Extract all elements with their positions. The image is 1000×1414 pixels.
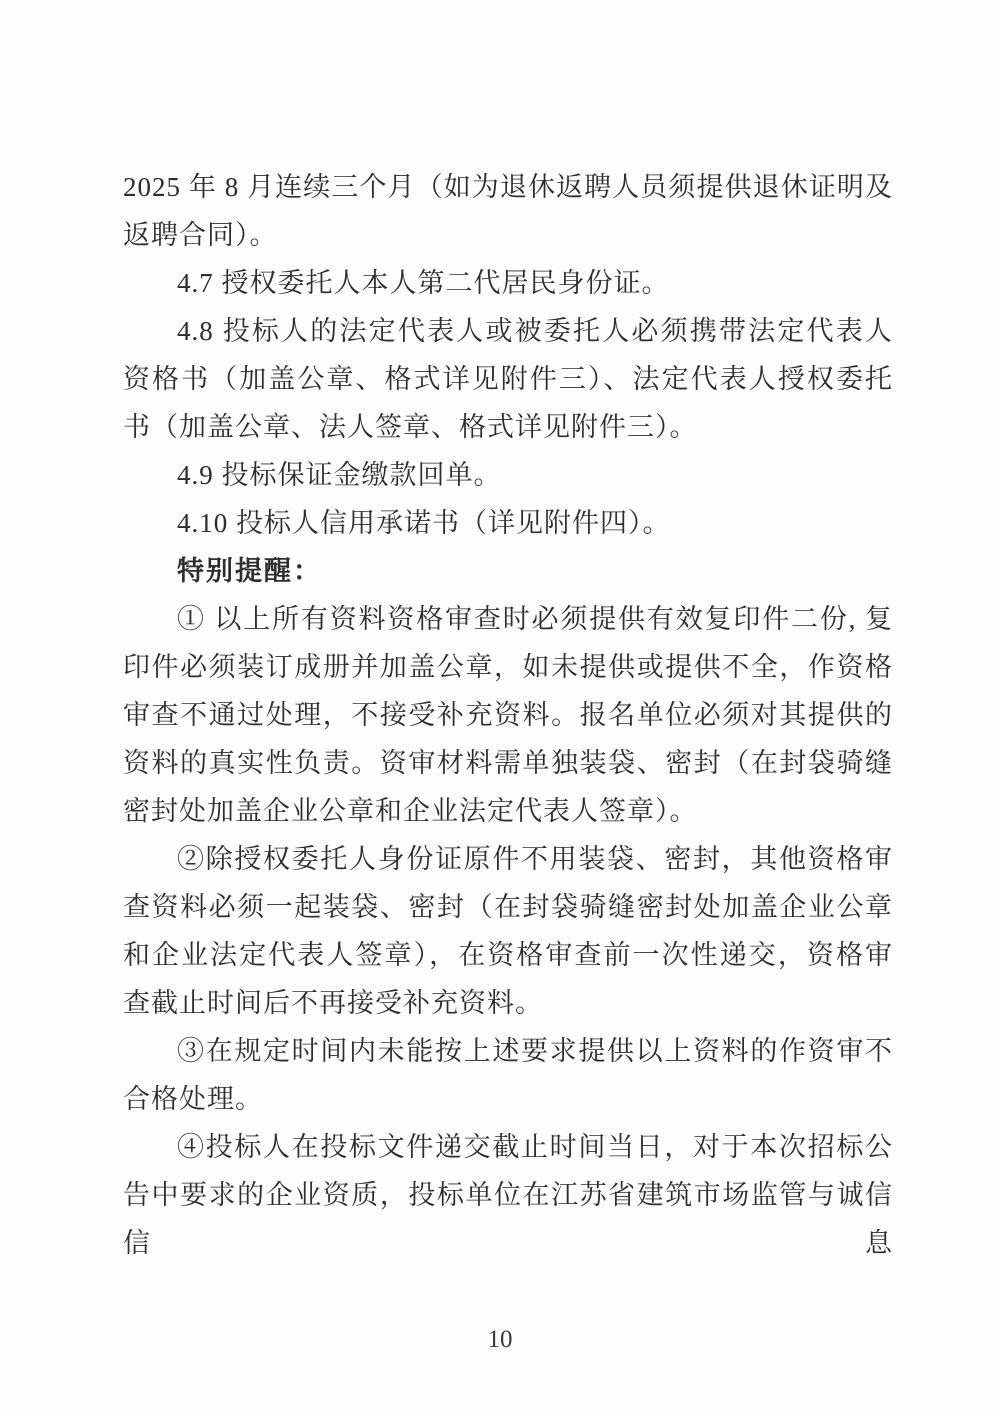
reminder-note-2: ②除授权委托人身份证原件不用装袋、密封，其他资格审查资料必须一起装袋、密封（在封… xyxy=(123,835,893,1027)
document-page: 2025 年 8 月连续三个月（如为退休返聘人员须提供退休证明及返聘合同）。 4… xyxy=(0,0,1000,1414)
clause-4-7: 4.7 授权委托人本人第二代居民身份证。 xyxy=(123,259,893,307)
reminder-note-4: ④投标人在投标文件递交截止时间当日，对于本次招标公告中要求的企业资质，投标单位在… xyxy=(123,1123,893,1267)
special-reminder-heading: 特别提醒： xyxy=(123,547,893,595)
document-body: 2025 年 8 月连续三个月（如为退休返聘人员须提供退休证明及返聘合同）。 4… xyxy=(123,163,893,1267)
reminder-note-3: ③在规定时间内未能按上述要求提供以上资料的作资审不合格处理。 xyxy=(123,1027,893,1123)
page-number: 10 xyxy=(0,1326,1000,1354)
clause-4-9: 4.9 投标保证金缴款回单。 xyxy=(123,451,893,499)
paragraph-continuation: 2025 年 8 月连续三个月（如为退休返聘人员须提供退休证明及返聘合同）。 xyxy=(123,163,893,259)
reminder-note-1: ① 以上所有资料资格审查时必须提供有效复印件二份, 复印件必须装订成册并加盖公章… xyxy=(123,595,893,835)
clause-4-8: 4.8 投标人的法定代表人或被委托人必须携带法定代表人资格书（加盖公章、格式详见… xyxy=(123,307,893,451)
clause-4-10: 4.10 投标人信用承诺书（详见附件四）。 xyxy=(123,499,893,547)
